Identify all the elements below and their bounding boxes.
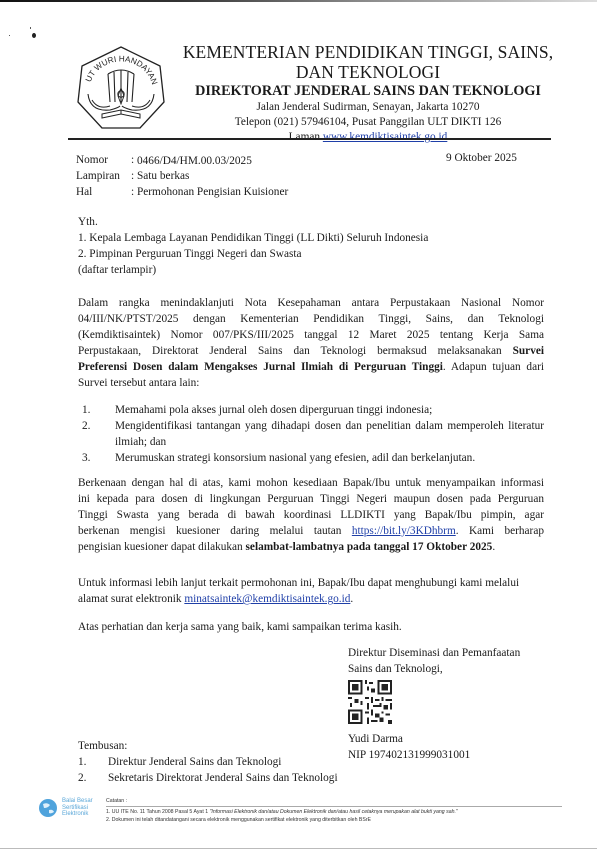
signatory-title-line2: Sains dan Teknologi, xyxy=(348,661,520,677)
cc-label: Tembusan: xyxy=(78,738,338,754)
text-fragment: "Informasi Elektronik dan/atau Dokumen E… xyxy=(210,809,458,815)
meta-label: Hal xyxy=(76,184,131,200)
text-fragment: . Adapun tujuan dari xyxy=(443,361,544,373)
text-line: Berkenaan dengan hal di atas, kami mohon… xyxy=(78,475,544,491)
salutation: Yth. xyxy=(78,214,544,230)
list-item: 2.Mengidentifikasi tantangan yang dihada… xyxy=(78,418,544,450)
recipient-note: (daftar terlampir) xyxy=(78,262,544,278)
questionnaire-link[interactable]: https://bit.ly/3KDhbrm xyxy=(352,525,456,537)
text-fragment: pengisian kuesioner dapat dilakukan xyxy=(78,541,243,553)
survey-goals-list: 1.Memahami pola akses jurnal oleh dosen … xyxy=(78,402,544,466)
text-line: Untuk informasi lebih lanjut terkait per… xyxy=(78,575,544,591)
text-fragment: . Kami berharap xyxy=(456,525,544,537)
list-number: 1. xyxy=(78,402,115,418)
letter-date: 9 Oktober 2025 xyxy=(446,152,517,164)
contact-email-link[interactable]: minatsaintek@kemdiktisaintek.go.id xyxy=(184,593,350,605)
recipients: Yth. 1. Kepala Lembaga Layanan Pendidika… xyxy=(78,214,544,278)
meta-value: 0466/D4/HM.00.03/2025 xyxy=(137,153,252,169)
list-number: 3. xyxy=(78,450,115,466)
phone: Telepon (021) 57946104, Pusat Panggilan … xyxy=(168,115,568,130)
letterhead: KEMENTERIAN PENDIDIKAN TINGGI, SAINS, DA… xyxy=(168,42,568,145)
text-line: ini kepada para dosen di lingkungan Perg… xyxy=(78,491,544,507)
cc-item: 2.Sekretaris Direktorat Jenderal Sains d… xyxy=(78,770,338,786)
scan-speck xyxy=(32,33,36,38)
list-text: Mengidentifikasi tantangan yang dihadapi… xyxy=(115,418,544,450)
survey-title-bold: Survei xyxy=(513,345,544,357)
scan-speck xyxy=(9,35,10,36)
website-label: Laman xyxy=(289,131,320,143)
signature-block: Direktur Diseminasi dan Pemanfaatan Sain… xyxy=(348,645,520,763)
bsre-line: Balai Besar xyxy=(62,798,93,805)
meta-row-nomor: Nomor : 0466/D4/HM.00.03/2025 xyxy=(76,152,288,168)
list-number: 2. xyxy=(78,770,108,786)
paragraph-contact: Untuk informasi lebih lanjut terkait per… xyxy=(78,575,544,607)
meta-row-lampiran: Lampiran : Satu berkas xyxy=(76,168,288,184)
bsre-name: Balai Besar Sertifikasi Elektronik xyxy=(62,798,93,818)
text-line: (Kemdiktisaintek) Nomor 007/PKS/III/2025… xyxy=(78,327,544,343)
letter-meta: Nomor : 0466/D4/HM.00.03/2025 Lampiran :… xyxy=(76,152,288,200)
text-line: Perpustakaan, Direktorat Jenderal Sains … xyxy=(78,343,544,359)
globe-icon xyxy=(38,798,58,818)
svg-text:TUT WURI HANDAYANI: TUT WURI HANDAYANI xyxy=(74,44,159,86)
website-link[interactable]: www.kemdiktisaintek.go.id xyxy=(323,131,447,143)
signatory-name: Yudi Darma xyxy=(348,731,520,747)
footer-note-1: 1. UU ITE No. 11 Tahun 2008 Pasal 5 Ayat… xyxy=(106,808,562,816)
bsre-line: Elektronik xyxy=(62,811,93,818)
footer-note-2: 2. Dokumen ini telah ditandatangani seca… xyxy=(106,816,562,824)
text-fragment: berkenan mengisi kuesioner daring melalu… xyxy=(78,525,341,537)
logo-motto: TUT WURI HANDAYANI xyxy=(74,44,159,86)
ministry-name-line2: DAN TEKNOLOGI xyxy=(168,62,568,82)
meta-label: Lampiran xyxy=(76,168,131,184)
footer-notes: Catatan : 1. UU ITE No. 11 Tahun 2008 Pa… xyxy=(106,797,562,824)
text-fragment: . xyxy=(350,593,353,605)
text-line: pengisian kuesioner dapat dilakukan sela… xyxy=(78,539,544,555)
bsre-logo: Balai Besar Sertifikasi Elektronik xyxy=(38,798,93,818)
header-divider xyxy=(68,138,551,140)
list-text: Memahami pola akses jurnal oleh dosen di… xyxy=(115,402,544,418)
list-text: Direktur Jenderal Sains dan Teknologi xyxy=(108,756,281,768)
text-line: Preferensi Dosen dalam Mengakses Jurnal … xyxy=(78,359,544,375)
text-line: Dalam rangka menindaklanjuti Nota Kesepa… xyxy=(78,295,544,311)
signatory-title-line1: Direktur Diseminasi dan Pemanfaatan xyxy=(348,645,520,661)
directorate-name: DIREKTORAT JENDERAL SAINS DAN TEKNOLOGI xyxy=(168,82,568,100)
text-line: Survei tersebut antara lain: xyxy=(78,375,544,391)
text-line: berkenan mengisi kuesioner daring melalu… xyxy=(78,523,544,539)
carbon-copy-list: Tembusan: 1.Direktur Jenderal Sains dan … xyxy=(78,738,338,786)
qr-code-icon[interactable] xyxy=(348,680,392,724)
list-item: 3.Merumuskan strategi konsorsium nasiona… xyxy=(78,450,544,466)
ministry-name-line1: KEMENTERIAN PENDIDIKAN TINGGI, SAINS, xyxy=(168,42,568,62)
list-text: Sekretaris Direktorat Jenderal Sains dan… xyxy=(108,772,338,784)
recipient-item: 2. Pimpinan Perguruan Tinggi Negeri dan … xyxy=(78,246,544,262)
text-line: 04/III/NK/PTST/2025 dengan Kementerian P… xyxy=(78,311,544,327)
address: Jalan Jenderal Sudirman, Senayan, Jakart… xyxy=(168,100,568,115)
catatan-label: Catatan : xyxy=(106,797,562,807)
meta-label: Nomor xyxy=(76,152,131,168)
scan-edge-top xyxy=(0,0,597,2)
meta-value: Satu berkas xyxy=(137,168,189,184)
survey-title-bold: Preferensi Dosen dalam Mengakses Jurnal … xyxy=(78,361,443,373)
scan-speck xyxy=(30,27,31,29)
list-item: 1.Memahami pola akses jurnal oleh dosen … xyxy=(78,402,544,418)
text-fragment: . xyxy=(492,541,495,553)
text-line: alamat surat elektronik minatsaintek@kem… xyxy=(78,591,544,607)
meta-row-hal: Hal : Permohonan Pengisian Kuisioner xyxy=(76,184,288,200)
recipient-item: 1. Kepala Lembaga Layanan Pendidikan Tin… xyxy=(78,230,544,246)
tut-wuri-handayani-logo: TUT WURI HANDAYANI xyxy=(74,44,168,132)
list-number: 1. xyxy=(78,754,108,770)
list-number: 2. xyxy=(78,418,115,450)
paragraph-intro: Dalam rangka menindaklanjuti Nota Kesepa… xyxy=(78,295,544,391)
closing-sentence: Atas perhatian dan kerja sama yang baik,… xyxy=(78,619,544,635)
text-line: Tinggi Swasta yang berada di bawah koord… xyxy=(78,507,544,523)
list-text: Merumuskan strategi konsorsium nasional … xyxy=(115,450,544,466)
paragraph-request: Berkenaan dengan hal di atas, kami mohon… xyxy=(78,475,544,555)
deadline-bold: selambat-lambatnya pada tanggal 17 Oktob… xyxy=(246,541,493,553)
signatory-nip: NIP 197402131999031001 xyxy=(348,747,520,763)
meta-value: Permohonan Pengisian Kuisioner xyxy=(137,184,288,200)
text-fragment: Perpustakaan, Direktorat Jenderal Sains … xyxy=(78,345,502,357)
cc-item: 1.Direktur Jenderal Sains dan Teknologi xyxy=(78,754,338,770)
text-fragment: alamat surat elektronik xyxy=(78,593,182,605)
text-fragment: 1. UU ITE No. 11 Tahun 2008 Pasal 5 Ayat… xyxy=(106,809,208,815)
